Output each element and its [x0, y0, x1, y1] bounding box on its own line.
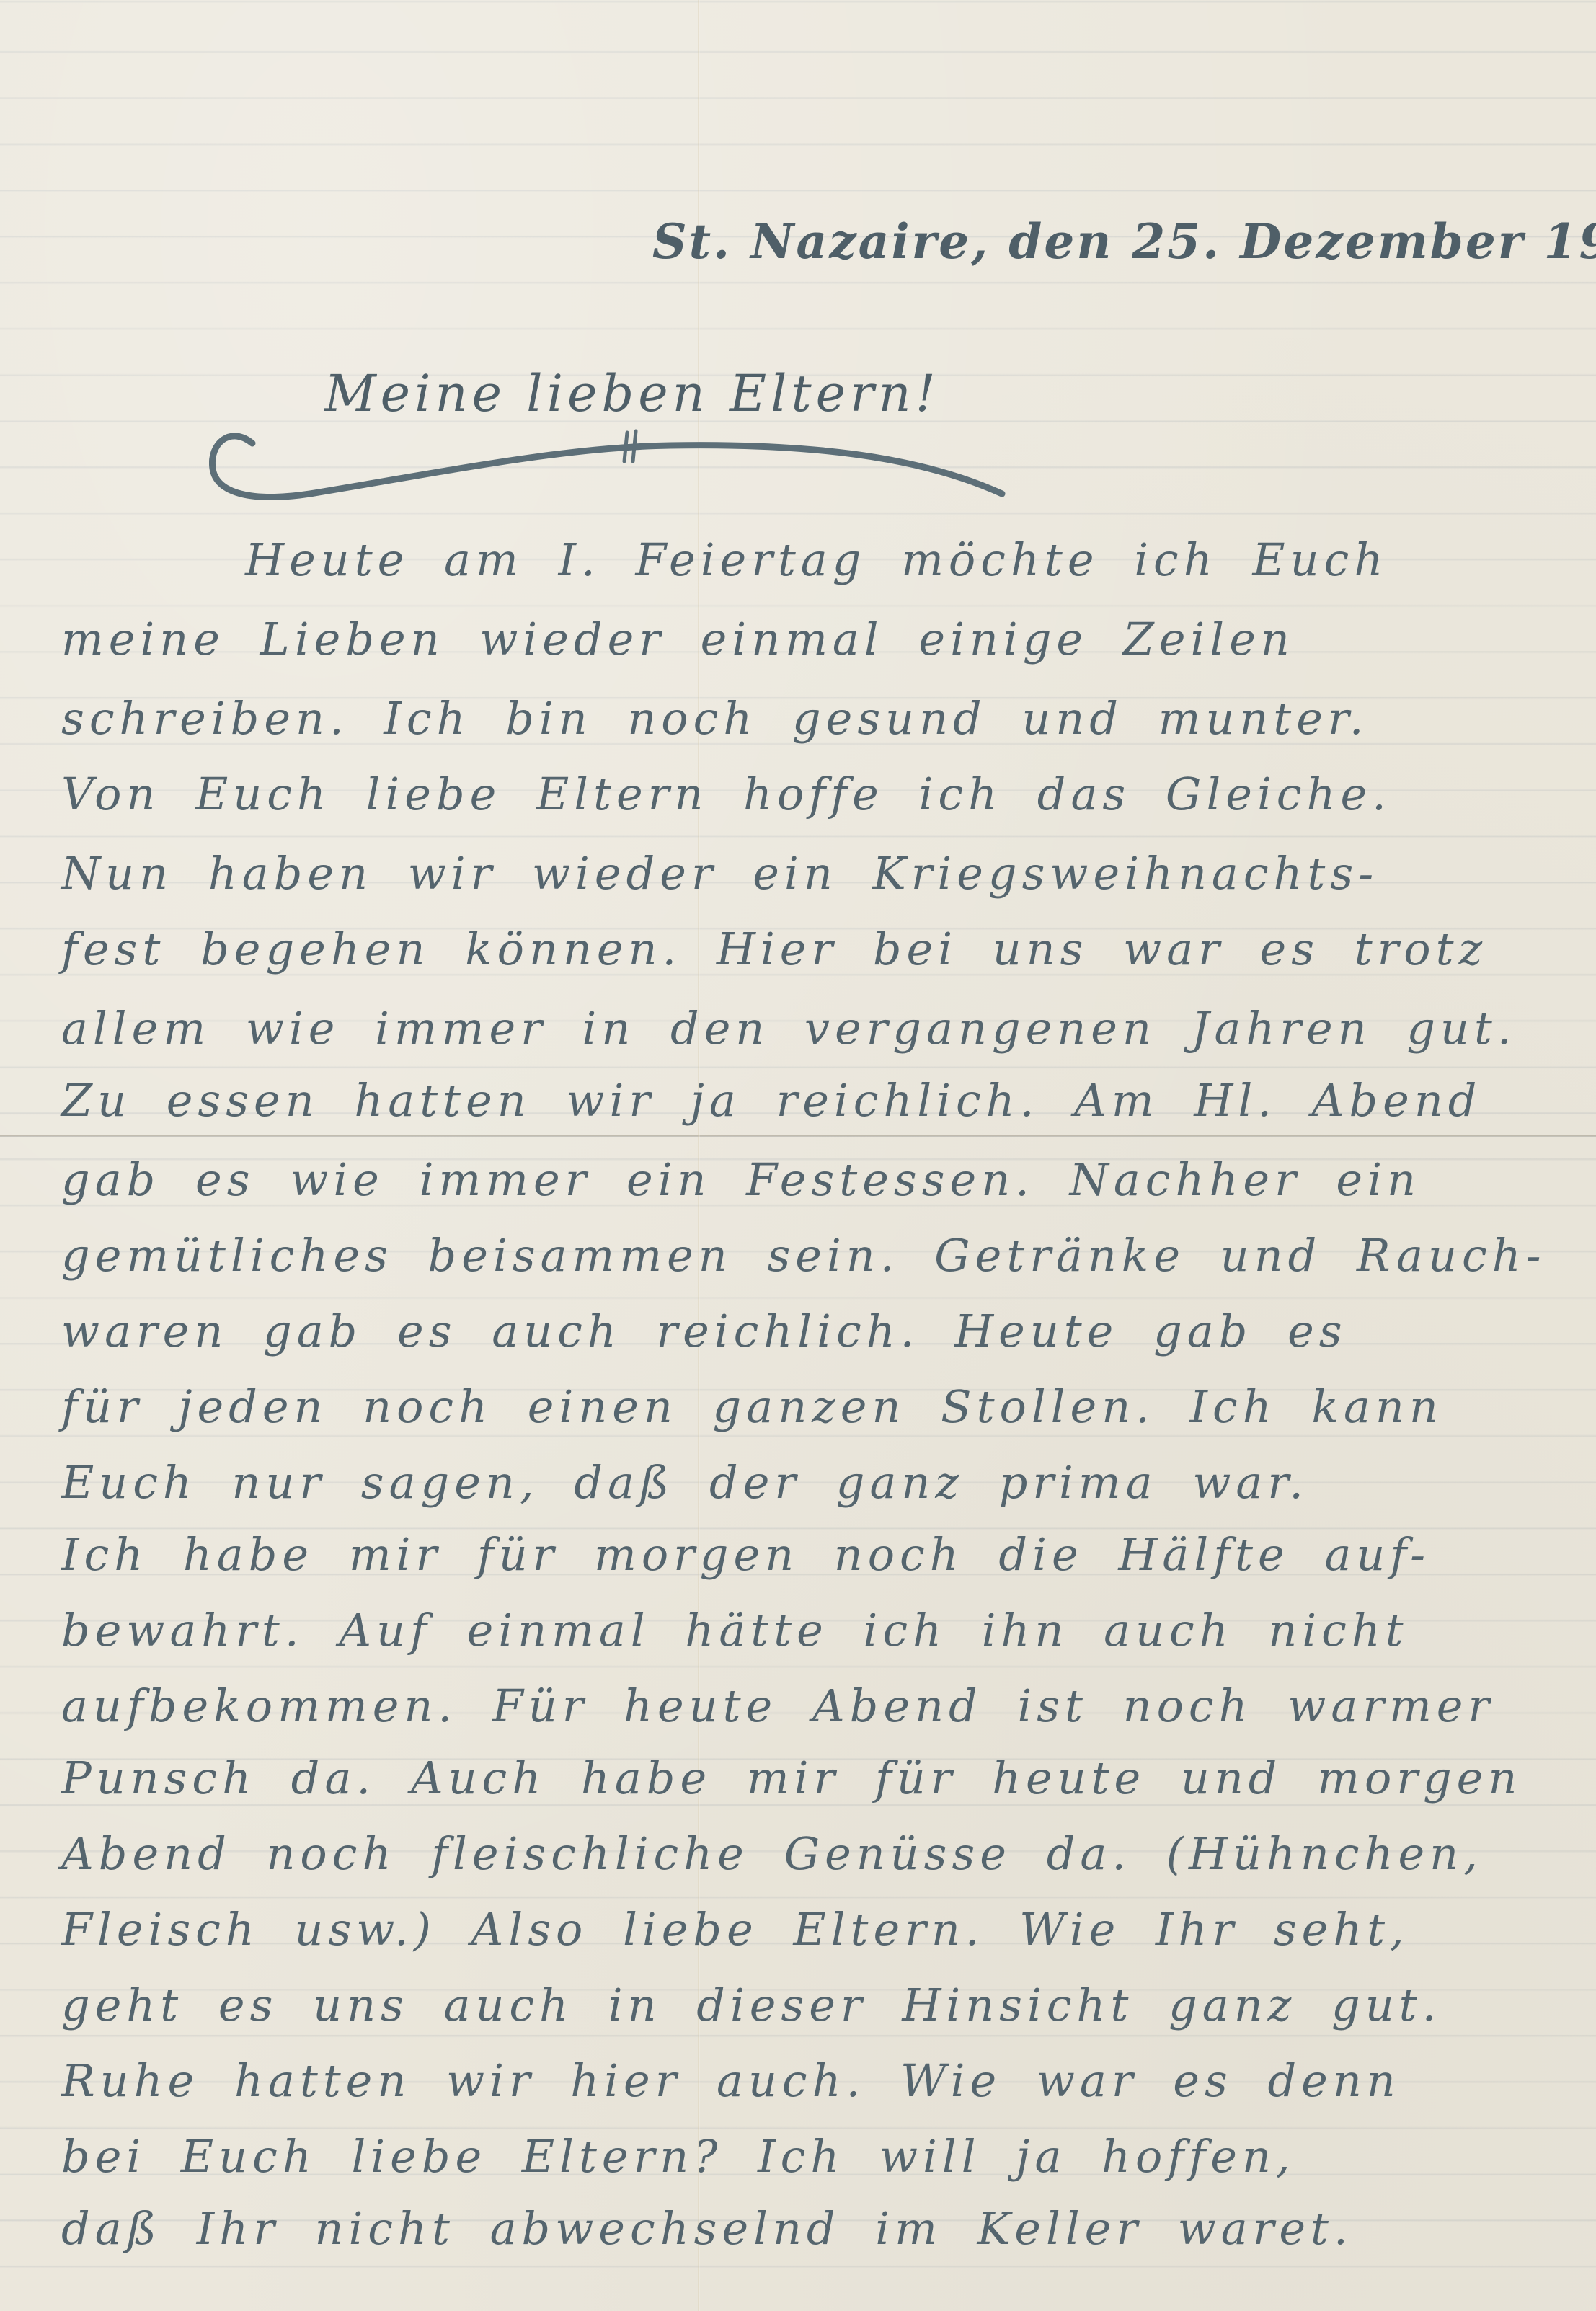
body-line: Abend noch fleischliche Genüsse da. (Hüh…: [61, 1827, 1483, 1880]
body-line: meine Lieben wieder einmal einige Zeilen: [61, 613, 1295, 665]
body-line: Zu essen hatten wir ja reichlich. Am Hl.…: [61, 1074, 1481, 1127]
body-line: für jeden noch einen ganzen Stollen. Ich…: [61, 1380, 1443, 1433]
body-line: gab es wie immer ein Festessen. Nachher …: [61, 1153, 1421, 1206]
body-line: Punsch da. Auch habe mir für heute und m…: [61, 1752, 1522, 1804]
body-line: fest begehen können. Hier bei uns war es…: [61, 923, 1487, 975]
body-line: bei Euch liebe Eltern? Ich will ja hoffe…: [61, 2130, 1295, 2183]
body-line: waren gab es auch reichlich. Heute gab e…: [61, 1305, 1347, 1357]
body-line: Nun haben wir wieder ein Kriegsweihnacht…: [61, 847, 1378, 900]
body-line: Ich habe mir für morgen noch die Hälfte …: [61, 1528, 1430, 1581]
body-line: Heute am I. Feiertag möchte ich Euch: [245, 533, 1388, 586]
body-line: daß Ihr nicht abwechselnd im Keller ware…: [61, 2202, 1353, 2255]
body-line: Von Euch liebe Eltern hoffe ich das Glei…: [61, 768, 1391, 820]
body-line: Fleisch usw.) Also liebe Eltern. Wie Ihr…: [61, 1903, 1409, 1956]
body-line: aufbekommen. Für heute Abend ist noch wa…: [61, 1680, 1494, 1732]
body-line: allem wie immer in den vergangenen Jahre…: [61, 1002, 1517, 1055]
body-line: Euch nur sagen, daß der ganz prima war.: [61, 1456, 1308, 1509]
body-line: gemütliches beisammen sein. Getränke und…: [61, 1229, 1546, 1282]
body-line: bewahrt. Auf einmal hätte ich ihn auch n…: [61, 1604, 1409, 1656]
body-line: schreiben. Ich bin noch gesund und munte…: [61, 692, 1369, 745]
letter-body: Heute am I. Feiertag möchte ich Euch mei…: [0, 0, 1596, 2311]
body-line: Ruhe hatten wir hier auch. Wie war es de…: [61, 2054, 1401, 2107]
body-line: geht es uns auch in dieser Hinsicht ganz…: [61, 1979, 1441, 2031]
